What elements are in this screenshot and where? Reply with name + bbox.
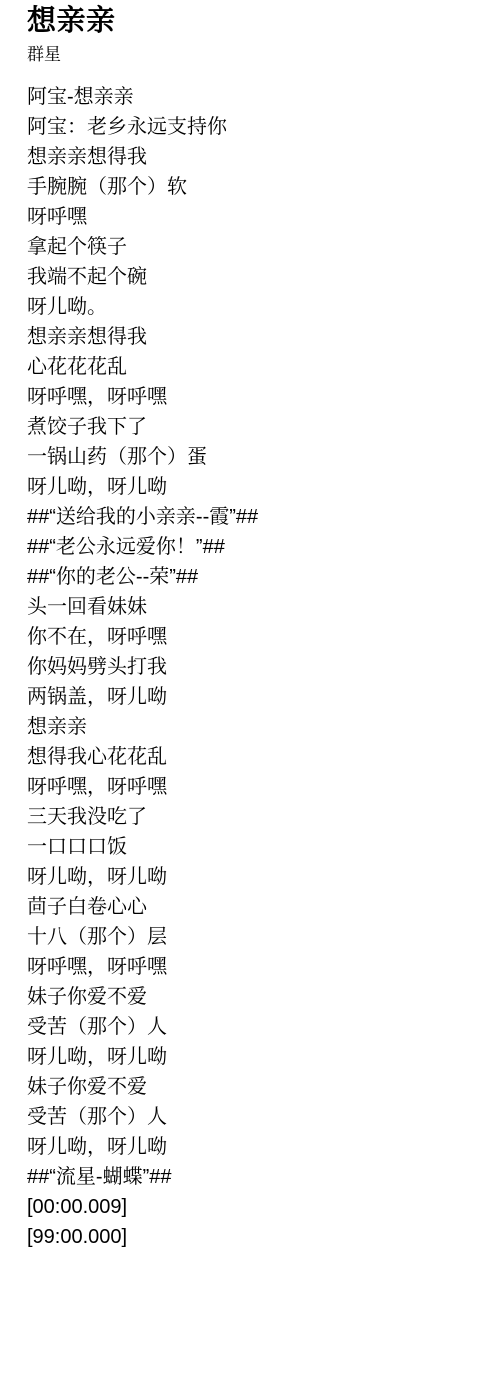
lyric-line: 想亲亲想得我 xyxy=(27,142,480,172)
lyric-line: 十八（那个）层 xyxy=(27,922,480,952)
lyric-line: 呀呼嘿 xyxy=(27,202,480,232)
lyric-line: 想亲亲 xyxy=(27,712,480,742)
lyric-line: 受苦（那个）人 xyxy=(27,1102,480,1132)
lyric-line: 呀呼嘿，呀呼嘿 xyxy=(27,382,480,412)
song-title: 想亲亲 xyxy=(27,4,480,38)
lyric-line: 呀呼嘿，呀呼嘿 xyxy=(27,952,480,982)
lyric-line: 阿宝-想亲亲 xyxy=(27,82,480,112)
lyric-line: 两锅盖，呀儿呦 xyxy=(27,682,480,712)
lyric-line: 拿起个筷子 xyxy=(27,232,480,262)
lyric-line: ##“你的老公--荣”## xyxy=(27,562,480,592)
lyric-line: 妹子你爱不爱 xyxy=(27,982,480,1012)
lyric-line: 心花花花乱 xyxy=(27,352,480,382)
lyric-line: 你妈妈劈头打我 xyxy=(27,652,480,682)
lyric-line: ##“老公永远爱你！”## xyxy=(27,532,480,562)
artist-name: 群星 xyxy=(27,43,480,67)
lyric-line: 呀儿呦，呀儿呦 xyxy=(27,862,480,892)
lyric-line: 三天我没吃了 xyxy=(27,802,480,832)
lyric-line: 想得我心花花乱 xyxy=(27,742,480,772)
lyric-line: 呀儿呦。 xyxy=(27,292,480,322)
lyric-line: 呀呼嘿，呀呼嘿 xyxy=(27,772,480,802)
lyric-line: 呀儿呦，呀儿呦 xyxy=(27,1042,480,1072)
lyric-line: 煮饺子我下了 xyxy=(27,412,480,442)
lyric-line: [99:00.000] xyxy=(27,1222,480,1252)
lyrics-page: 想亲亲 群星 阿宝-想亲亲 阿宝：老乡永远支持你 想亲亲想得我 手腕腕（那个）软… xyxy=(0,0,500,1390)
lyrics-block: 阿宝-想亲亲 阿宝：老乡永远支持你 想亲亲想得我 手腕腕（那个）软 呀呼嘿 拿起… xyxy=(27,82,480,1252)
lyric-line: 茴子白卷心心 xyxy=(27,892,480,922)
lyric-line: 我端不起个碗 xyxy=(27,262,480,292)
lyric-line: 阿宝：老乡永远支持你 xyxy=(27,112,480,142)
lyric-line: 呀儿呦，呀儿呦 xyxy=(27,472,480,502)
lyric-line: 你不在，呀呼嘿 xyxy=(27,622,480,652)
lyric-line: 受苦（那个）人 xyxy=(27,1012,480,1042)
lyric-line: ##“送给我的小亲亲--霞”## xyxy=(27,502,480,532)
lyric-line: [00:00.009] xyxy=(27,1192,480,1222)
lyric-line: 一锅山药（那个）蛋 xyxy=(27,442,480,472)
lyric-line: 呀儿呦，呀儿呦 xyxy=(27,1132,480,1162)
lyric-line: 想亲亲想得我 xyxy=(27,322,480,352)
lyric-line: 头一回看妹妹 xyxy=(27,592,480,622)
lyric-line: ##“流星-蝴蝶”## xyxy=(27,1162,480,1192)
lyric-line: 一口口口饭 xyxy=(27,832,480,862)
lyric-line: 妹子你爱不爱 xyxy=(27,1072,480,1102)
lyric-line: 手腕腕（那个）软 xyxy=(27,172,480,202)
